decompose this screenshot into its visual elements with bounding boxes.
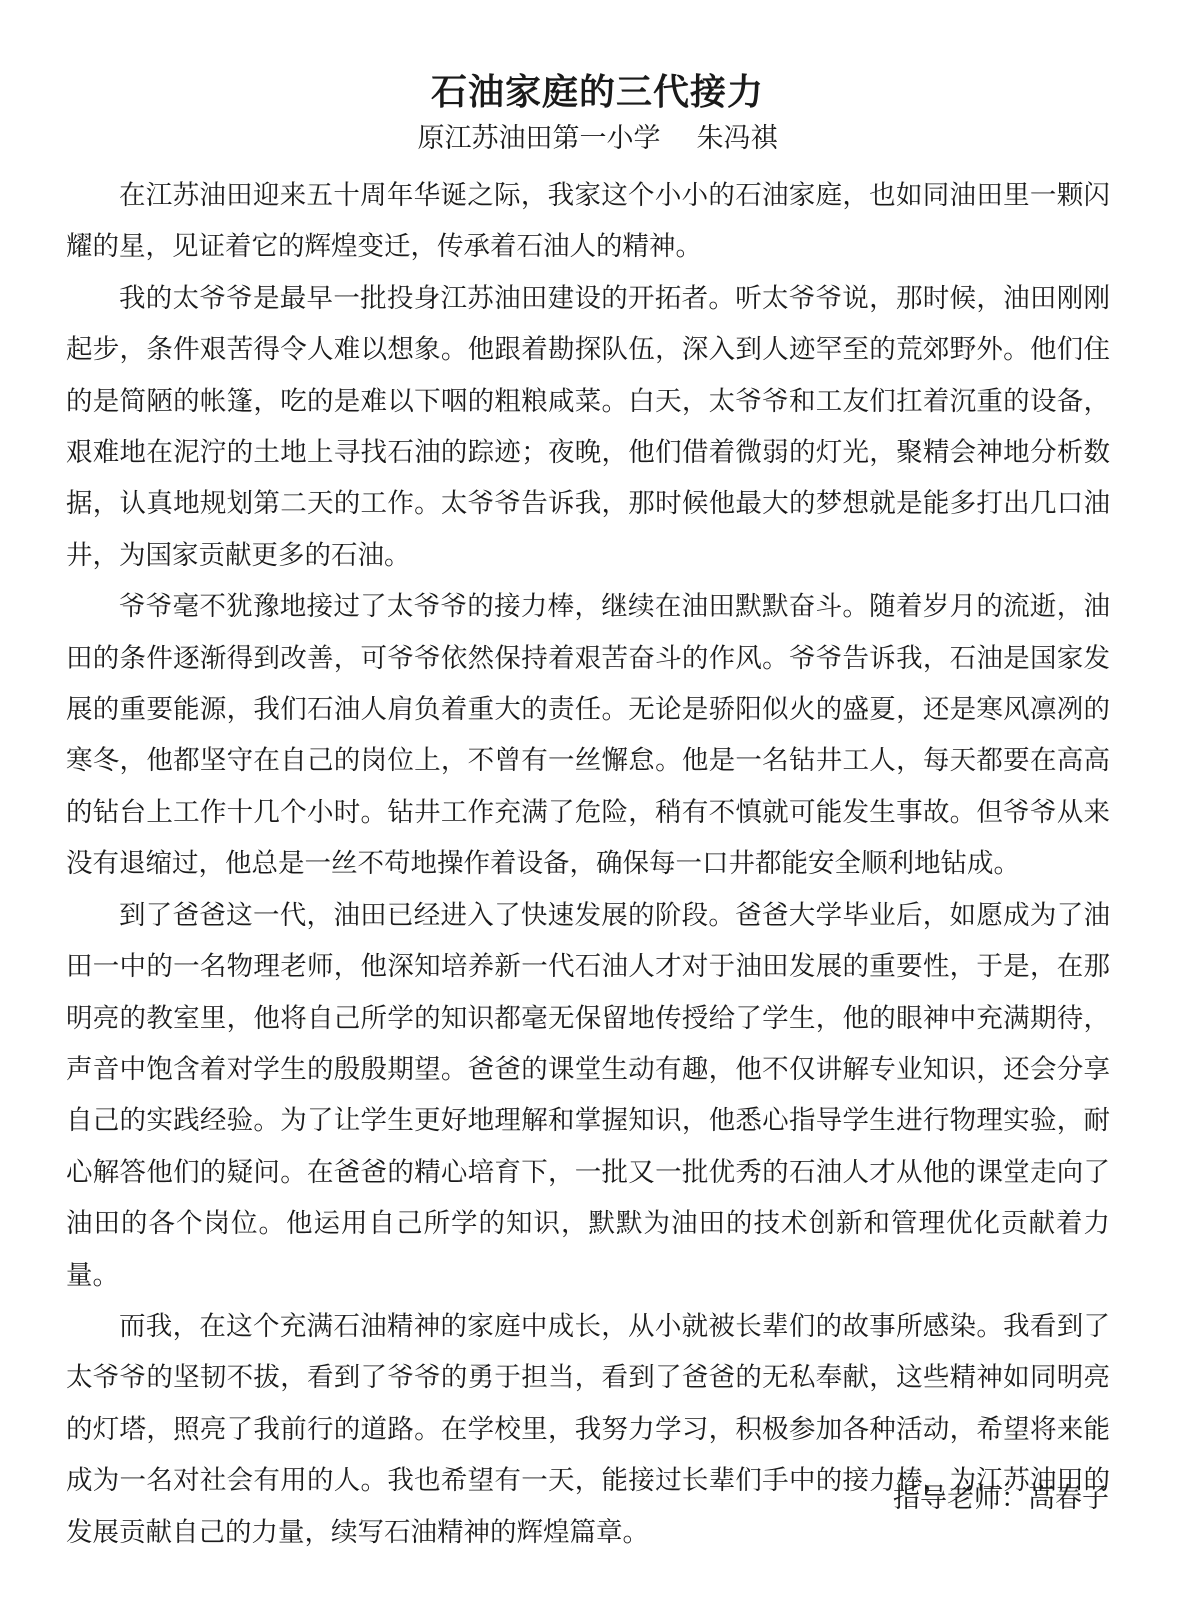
essay-body: 在江苏油田迎来五十周年华诞之际，我家这个小小的石油家庭，也如同油田里一颗闪耀的星… [66,170,1110,1558]
paragraph-grandfather: 爷爷毫不犹豫地接过了太爷爷的接力棒，继续在油田默默奋斗。随着岁月的流逝，油田的条… [66,581,1110,889]
paragraph-intro: 在江苏油田迎来五十周年华诞之际，我家这个小小的石油家庭，也如同油田里一颗闪耀的星… [66,170,1110,273]
paragraph-father: 到了爸爸这一代，油田已经进入了快速发展的阶段。爸爸大学毕业后，如愿成为了油田一中… [66,890,1110,1301]
paragraph-self: 而我，在这个充满石油精神的家庭中成长，从小就被长辈们的故事所感染。我看到了太爷爷… [66,1301,1110,1558]
author-name: 朱冯祺 [697,116,778,155]
paragraph-great-grandfather: 我的太爷爷是最早一批投身江苏油田建设的开拓者。听太爷爷说，那时候，油田刚刚起步，… [66,273,1110,581]
author-school: 原江苏油田第一小学 [418,116,661,155]
author-line: 原江苏油田第一小学朱冯祺 [0,116,1195,155]
document-title: 石油家庭的三代接力 [0,64,1195,115]
advisor-signoff: 指导老师：高春子 [893,1476,1109,1515]
